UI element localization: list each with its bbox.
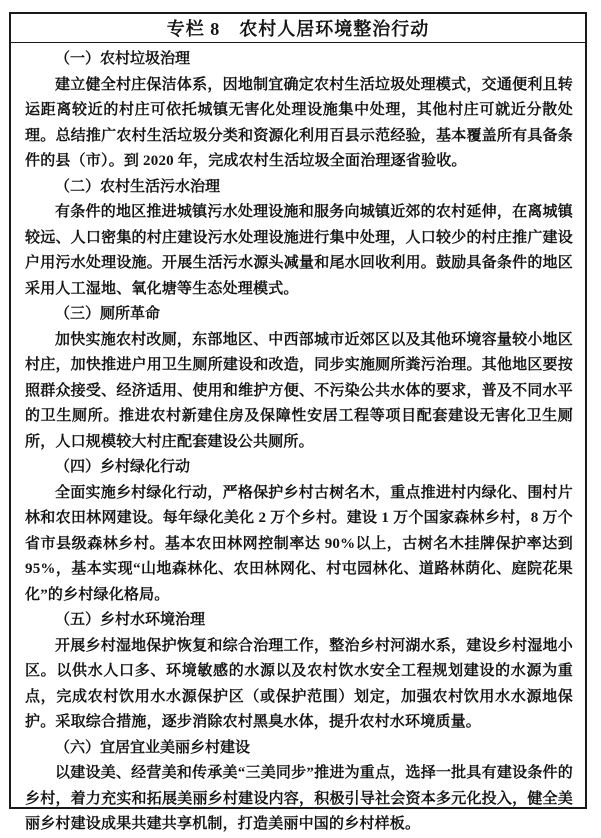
- document-box: 专栏 8 农村人居环境整治行动 （一）农村垃圾治理 建立健全村庄保洁体系，因地制…: [9, 12, 587, 809]
- document-title-bar: 专栏 8 农村人居环境整治行动: [11, 14, 585, 43]
- section-2-paragraph: 有条件的地区推进城镇污水处理设施和服务向城镇近郊的农村延伸，在离城镇较远、人口密…: [25, 200, 573, 302]
- section-3: （三）厕所革命 加快实施农村改厕，东部地区、中西部城市近郊区以及其他环境容量较小…: [25, 302, 573, 455]
- section-4-paragraph: 全面实施乡村绿化行动，严格保护乡村古树名木，重点推进村内绿化、围村片林和农田林网…: [25, 481, 573, 609]
- document-body: （一）农村垃圾治理 建立健全村庄保洁体系，因地制宜确定农村生活垃圾处理模式，交通…: [11, 43, 585, 838]
- section-6-paragraph: 以建设美、经营美和传承美“三美同步”推进为重点，选择一批具有建设条件的乡村，着力…: [25, 761, 573, 838]
- section-4-heading: （四）乡村绿化行动: [25, 455, 573, 481]
- section-1: （一）农村垃圾治理 建立健全村庄保洁体系，因地制宜确定农村生活垃圾处理模式，交通…: [25, 47, 573, 175]
- document-title: 专栏 8 农村人居环境整治行动: [167, 15, 430, 41]
- section-6: （六）宜居宜业美丽乡村建设 以建设美、经营美和传承美“三美同步”推进为重点，选择…: [25, 736, 573, 838]
- section-2: （二）农村生活污水治理 有条件的地区推进城镇污水处理设施和服务向城镇近郊的农村延…: [25, 175, 573, 303]
- section-3-heading: （三）厕所革命: [25, 302, 573, 328]
- section-5-heading: （五）乡村水环境治理: [25, 608, 573, 634]
- section-5-paragraph: 开展乡村湿地保护恢复和综合治理工作，整治乡村河湖水系，建设乡村湿地小区。以供水人…: [25, 634, 573, 736]
- section-1-heading: （一）农村垃圾治理: [25, 47, 573, 73]
- section-5: （五）乡村水环境治理 开展乡村湿地保护恢复和综合治理工作，整治乡村河湖水系，建设…: [25, 608, 573, 736]
- section-3-paragraph: 加快实施农村改厕，东部地区、中西部城市近郊区以及其他环境容量较小地区村庄，加快推…: [25, 328, 573, 456]
- section-1-paragraph: 建立健全村庄保洁体系，因地制宜确定农村生活垃圾处理模式，交通便利且转运距离较近的…: [25, 73, 573, 175]
- section-2-heading: （二）农村生活污水治理: [25, 175, 573, 201]
- section-6-heading: （六）宜居宜业美丽乡村建设: [25, 736, 573, 762]
- section-4: （四）乡村绿化行动 全面实施乡村绿化行动，严格保护乡村古树名木，重点推进村内绿化…: [25, 455, 573, 608]
